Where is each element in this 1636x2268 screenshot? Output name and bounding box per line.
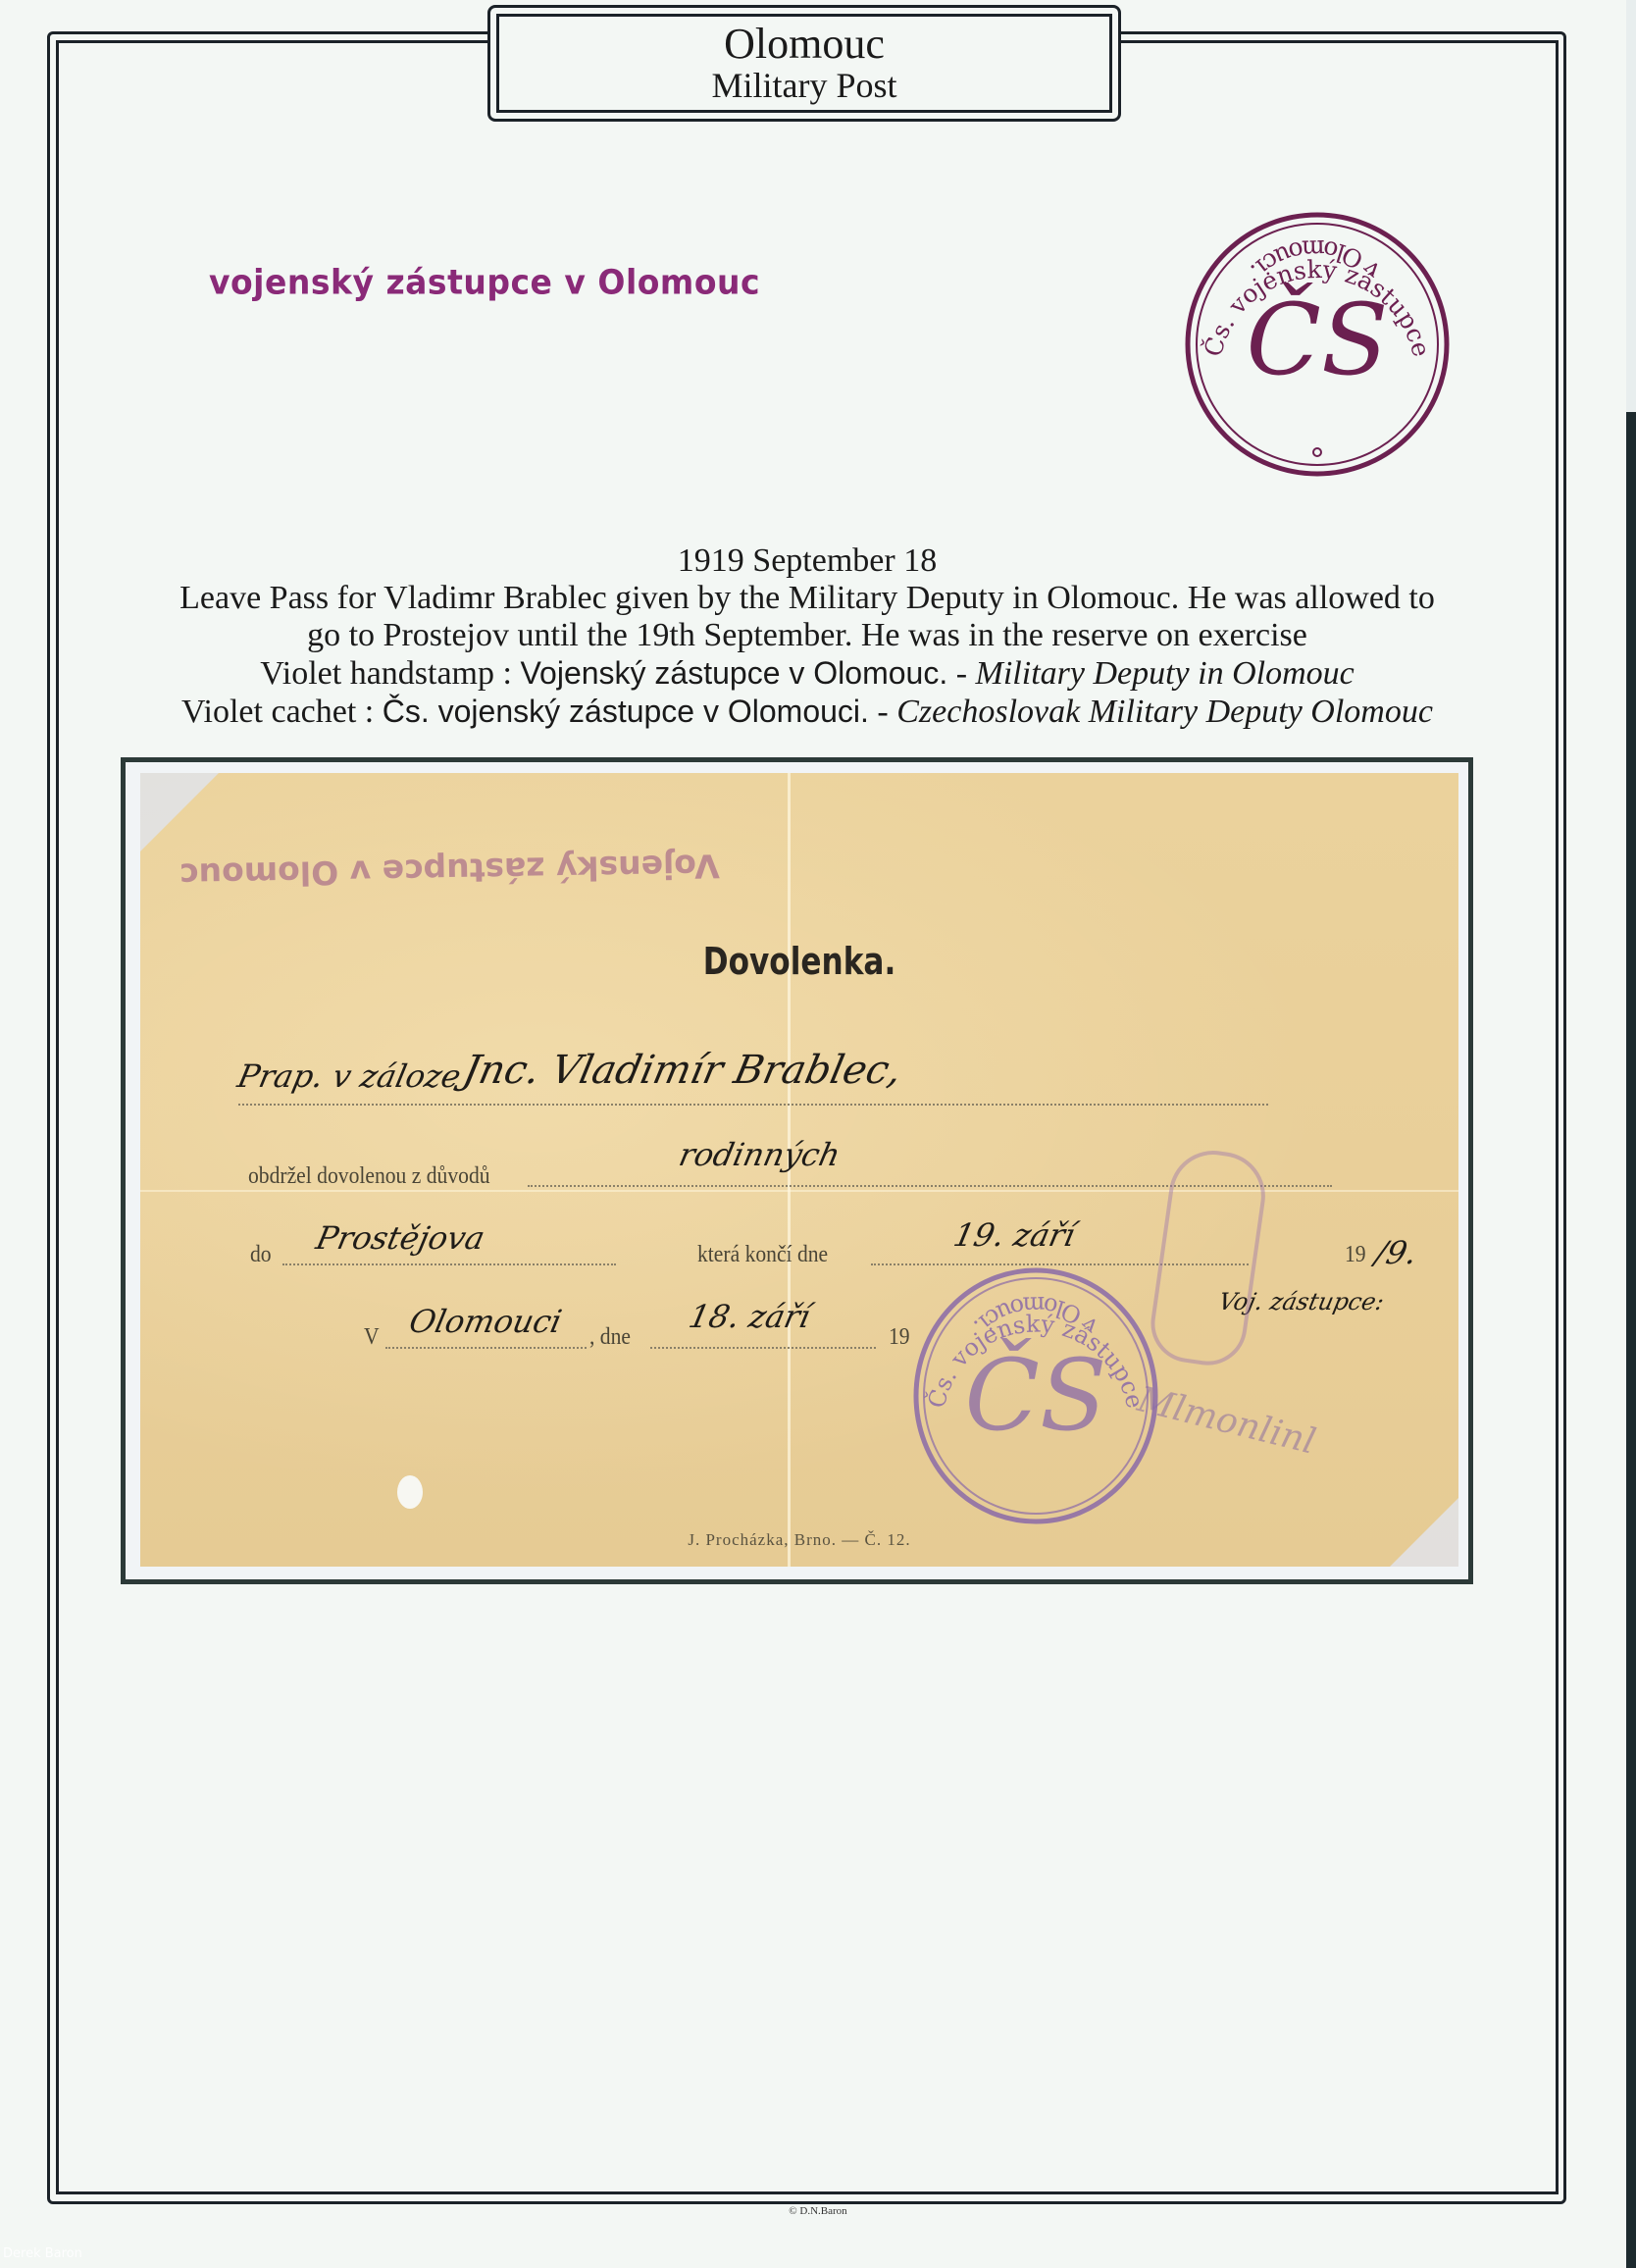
handstamp-text: Vojenský zástupce v Olomouc. bbox=[520, 655, 947, 691]
end-date-handwritten: 19. září bbox=[950, 1216, 1079, 1254]
scan-edge bbox=[1626, 412, 1636, 2268]
dotted-line bbox=[385, 1347, 587, 1349]
ends-label: která končí dne bbox=[697, 1242, 828, 1268]
description-handstamp: Violet handstamp : Vojenský zástupce v O… bbox=[56, 654, 1559, 693]
year-printed: 19 bbox=[1345, 1242, 1366, 1268]
description-line2: go to Prostejov until the 19th September… bbox=[56, 617, 1559, 654]
day-handwritten: 18. září bbox=[686, 1298, 814, 1335]
document-cachet: Čs. vojenský zástupce v Olomouci. ČS bbox=[907, 1267, 1164, 1524]
reason-label: obdržel dovolenou z důvodů bbox=[248, 1163, 490, 1190]
cachet-seal-icon: Čs. vojenský zástupce v Olomouci. ČS bbox=[907, 1267, 1164, 1524]
cachet-text: Čs. vojenský zástupce v Olomouci. bbox=[383, 694, 869, 729]
to-label: do bbox=[250, 1242, 272, 1268]
svg-text:ČS: ČS bbox=[964, 1338, 1106, 1453]
scan-edge-top bbox=[1626, 0, 1636, 412]
reason-handwritten: rodinných bbox=[676, 1136, 844, 1173]
place-label: V bbox=[364, 1324, 380, 1351]
page-title: Olomouc Military Post bbox=[496, 14, 1112, 113]
cachet-label: Violet cachet : bbox=[181, 694, 383, 730]
handstamp-label: Violet handstamp : bbox=[260, 655, 520, 692]
rank-handwritten: Prap. v záloze bbox=[234, 1057, 464, 1095]
leave-pass-document: Vojenský zástupce v Olomouc Dovolenka. P… bbox=[140, 773, 1458, 1567]
mirror-handstamp: Vojenský zástupce v Olomouc bbox=[179, 847, 720, 895]
title-city: Olomouc bbox=[724, 23, 885, 66]
mount-corner-icon bbox=[140, 773, 219, 851]
watermark: Derek Baron bbox=[3, 2246, 82, 2261]
document-title: Dovolenka. bbox=[259, 940, 1340, 983]
cachet-seal-icon: Čs. vojenský zástupce v Olomouci. ČS bbox=[1182, 209, 1453, 480]
copyright: © D.N.Baron bbox=[0, 2205, 1636, 2217]
svg-text:ČS: ČS bbox=[1246, 283, 1388, 397]
dotted-line bbox=[282, 1263, 616, 1265]
handstamp-illustration: vojenský zástupce v Olomouc bbox=[209, 262, 760, 302]
signature-flourish bbox=[1146, 1145, 1270, 1370]
name-handwritten: Jnc. Vladimír Brablec, bbox=[459, 1048, 905, 1093]
cachet-translation: - Czechoslovak Military Deputy Olomouc bbox=[869, 694, 1433, 730]
handstamp-translation: - Military Deputy in Olomouc bbox=[947, 655, 1355, 692]
place-handwritten: Olomouci bbox=[406, 1303, 565, 1340]
punch-hole bbox=[397, 1475, 423, 1509]
description-line1: Leave Pass for Vladimr Brablec given by … bbox=[56, 580, 1559, 617]
printer-imprint: J. Procházka, Brno. — Č. 12. bbox=[140, 1530, 1458, 1550]
year-handwritten: /9. bbox=[1372, 1234, 1420, 1271]
dotted-line bbox=[238, 1104, 1268, 1106]
description-cachet: Violet cachet : Čs. vojenský zástupce v … bbox=[56, 693, 1559, 731]
description: 1919 September 18 Leave Pass for Vladimr… bbox=[56, 542, 1559, 731]
day-label: , dne bbox=[589, 1324, 631, 1351]
cachet-illustration: Čs. vojenský zástupce v Olomouci. ČS bbox=[1182, 209, 1453, 480]
destination-handwritten: Prostějova bbox=[313, 1219, 488, 1257]
title-subject: Military Post bbox=[711, 66, 896, 105]
dotted-line bbox=[650, 1347, 876, 1349]
description-date: 1919 September 18 bbox=[56, 542, 1559, 580]
